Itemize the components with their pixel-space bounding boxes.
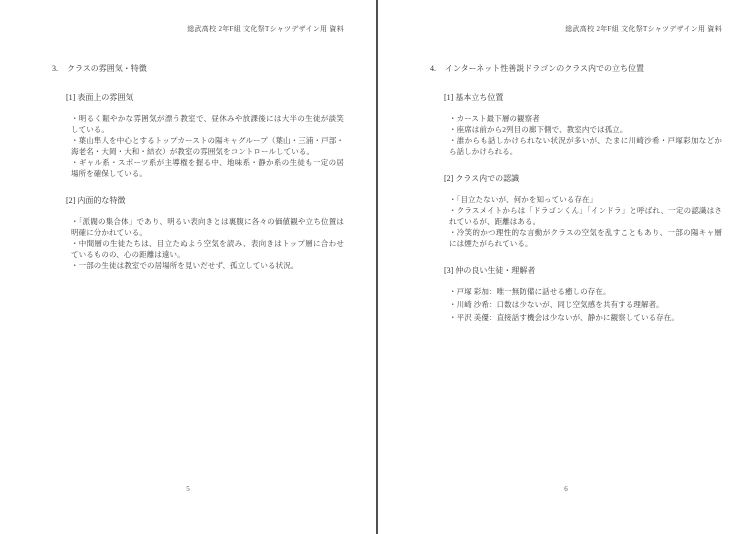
subsection: [2] クラス内での認識 ・「目立たないが、何かを知っている存在」 ・クラスメイ… xyxy=(444,173,722,249)
bullet-list: ・「派閥の集合体」であり、明るい表向きとは裏腹に各々の価値観や立ち位置は明確に分… xyxy=(71,216,344,271)
section-title: クラスの雰囲気・特徴 xyxy=(67,64,147,73)
subsection: [1] 基本立ち位置 ・カースト最下層の観察者 ・座席は前から2列目の廊下側で、… xyxy=(444,92,722,157)
list-item: ・葉山隼人を中心とするトップカーストの陽キャグループ（葉山・三浦・戸部・海老名・… xyxy=(71,135,344,157)
list-item: ・冷笑的かつ理性的な言動がクラスの空気を乱すこともあり、一部の陽キャ層には煙たが… xyxy=(449,227,722,249)
section-number: 3. xyxy=(52,64,58,73)
subsection: [1] 表面上の雰囲気 ・明るく賑やかな雰囲気が漂う教室で、昼休みや放課後には大… xyxy=(66,92,344,179)
subsection-heading: [2] 内面的な特徴 xyxy=(66,195,344,206)
subsection: [3] 仲の良い生徒・理解者 ・戸塚 彩加：唯一無防備に話せる癒しの存在。 ・川… xyxy=(444,265,722,323)
subsection-heading: [1] 基本立ち位置 xyxy=(444,92,722,103)
page-number: 5 xyxy=(0,485,376,493)
list-item: ・明るく賑やかな雰囲気が漂う教室で、昼休みや放課後には大半の生徒が談笑している。 xyxy=(71,113,344,135)
section-title: インターネット性善説ドラゴンのクラス内での立ち位置 xyxy=(445,64,644,73)
list-item: ・誰からも話しかけられない状況が多いが、たまに川崎沙希・戸塚彩加などから話しかけ… xyxy=(449,135,722,157)
list-item: ・一部の生徒は教室での居場所を見いだせず、孤立している状況。 xyxy=(71,260,344,271)
list-item: ・「派閥の集合体」であり、明るい表向きとは裏腹に各々の価値観や立ち位置は明確に分… xyxy=(71,216,344,238)
subsection-heading: [3] 仲の良い生徒・理解者 xyxy=(444,265,722,276)
subsection: [2] 内面的な特徴 ・「派閥の集合体」であり、明るい表向きとは裏腹に各々の価値… xyxy=(66,195,344,271)
list-item: ・平沢 美優：直接話す機会は少ないが、静かに観察している存在。 xyxy=(449,312,722,323)
list-item: ・座席は前から2列目の廊下側で、教室内では孤立。 xyxy=(449,124,722,135)
bullet-list: ・明るく賑やかな雰囲気が漂う教室で、昼休みや放課後には大半の生徒が談笑している。… xyxy=(71,113,344,179)
section-heading: 3.クラスの雰囲気・特徴 xyxy=(52,63,344,74)
list-item: ・川崎 沙希：口数は少ないが、同じ空気感を共有する理解者。 xyxy=(449,299,722,310)
list-item: ・中間層の生徒たちは、目立たぬよう空気を読み、表向きはトップ層に合わせているもの… xyxy=(71,238,344,260)
page-number: 6 xyxy=(378,485,754,493)
list-item: ・カースト最下層の観察者 xyxy=(449,113,722,124)
bullet-list: ・カースト最下層の観察者 ・座席は前から2列目の廊下側で、教室内では孤立。 ・誰… xyxy=(449,113,722,157)
list-item: ・ギャル系・スポーツ系が主導権を握る中、地味系・静か系の生徒も一定の居場所を確保… xyxy=(71,157,344,179)
section-number: 4. xyxy=(430,64,436,73)
page-right: 総武高校 2年F組 文化祭Tシャツデザイン用 資料 4.インターネット性善説ドラ… xyxy=(378,0,754,534)
document-spread: 総武高校 2年F組 文化祭Tシャツデザイン用 資料 3.クラスの雰囲気・特徴 [… xyxy=(0,0,754,534)
page-header: 総武高校 2年F組 文化祭Tシャツデザイン用 資料 xyxy=(52,24,344,34)
list-item: ・戸塚 彩加：唯一無防備に話せる癒しの存在。 xyxy=(449,286,722,297)
page-left: 総武高校 2年F組 文化祭Tシャツデザイン用 資料 3.クラスの雰囲気・特徴 [… xyxy=(0,0,376,534)
subsection-heading: [2] クラス内での認識 xyxy=(444,173,722,184)
page-header: 総武高校 2年F組 文化祭Tシャツデザイン用 資料 xyxy=(430,24,722,34)
list-item: ・クラスメイトからは「ドラゴンくん」「インドラ」と呼ばれ、一定の認識はされている… xyxy=(449,205,722,227)
bullet-list: ・戸塚 彩加：唯一無防備に話せる癒しの存在。 ・川崎 沙希：口数は少ないが、同じ… xyxy=(449,286,722,323)
list-item: ・「目立たないが、何かを知っている存在」 xyxy=(449,194,722,205)
section-heading: 4.インターネット性善説ドラゴンのクラス内での立ち位置 xyxy=(430,63,722,74)
subsection-heading: [1] 表面上の雰囲気 xyxy=(66,92,344,103)
bullet-list: ・「目立たないが、何かを知っている存在」 ・クラスメイトからは「ドラゴンくん」「… xyxy=(449,194,722,249)
